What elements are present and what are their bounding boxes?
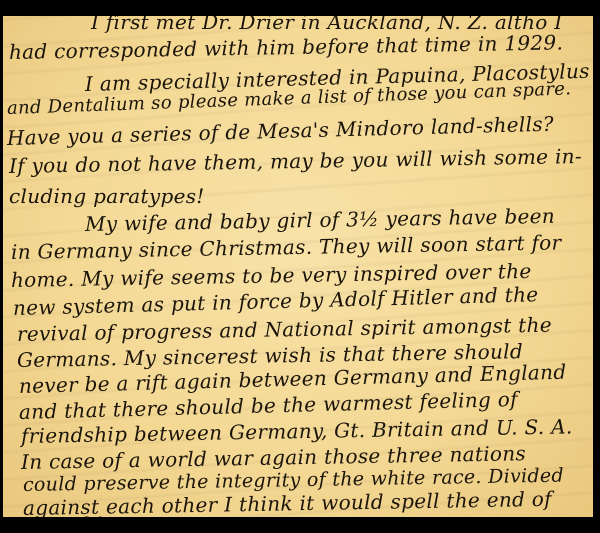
letter-line: Have you a series of de Mesa's Mindoro l… [7,112,554,150]
letter-line: had corresponded with him before that ti… [9,30,564,64]
letter-line: If you do not have them, may be you will… [9,144,582,178]
letter-page: I first met Dr. Drier in Auckland, N. Z.… [3,16,593,517]
letter-line: cluding paratypes! [9,184,205,208]
letter-line: the white race ... [25,512,202,517]
